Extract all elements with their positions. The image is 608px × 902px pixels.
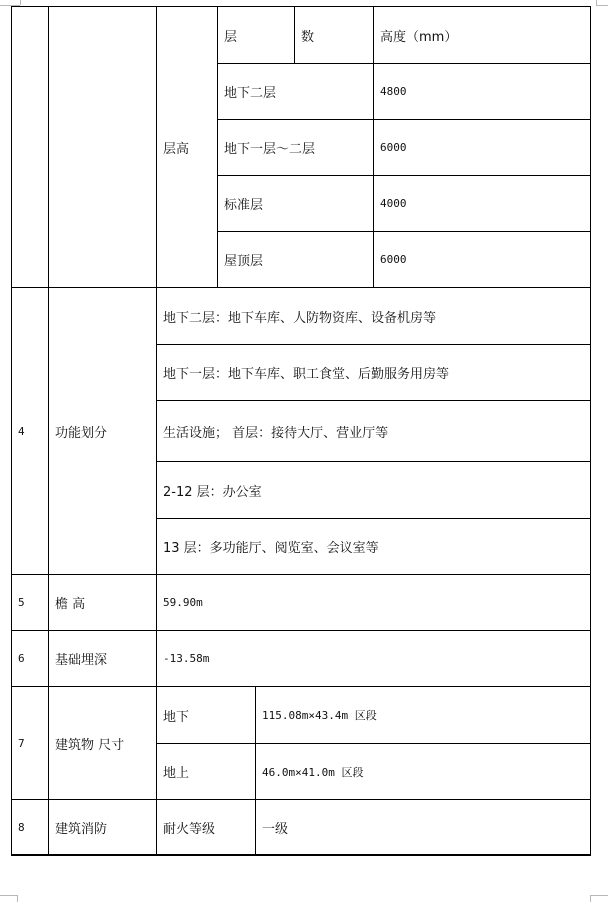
floor-height-label: 层高 — [157, 7, 217, 287]
sub-label: 耐火等级 — [157, 800, 255, 854]
item-name: 建筑物 尺寸 — [49, 687, 156, 799]
item-name: 基础埋深 — [49, 631, 156, 686]
dimension-value: 46.0m×41.0m 区段 — [256, 744, 590, 799]
function-row: 地下二层：地下车库、人防物资库、设备机房等 — [157, 288, 590, 344]
dimension-value: 115.08m×43.4m 区段 — [256, 687, 590, 743]
item-name: 功能划分 — [49, 288, 156, 574]
header-height: 高度（mm） — [374, 7, 590, 63]
eave-height-value: 59.90m — [157, 575, 590, 630]
foundation-depth-value: -13.58m — [157, 631, 590, 686]
item-number: 8 — [12, 800, 48, 854]
page-corner-mark-bottom-left — [0, 895, 18, 902]
page-corner-mark-bottom-right — [590, 895, 608, 902]
table-border-bottom — [11, 854, 591, 856]
floor-height-value: 4800 — [374, 64, 590, 119]
floor-height-value: 6000 — [374, 120, 590, 175]
function-row: 2-12 层：办公室 — [157, 462, 590, 518]
floor-height-value: 6000 — [374, 232, 590, 287]
item-number: 6 — [12, 631, 48, 686]
floor-name: 屋顶层 — [218, 232, 373, 287]
function-row: 地下一层：地下车库、职工食堂、后勤服务用房等 — [157, 345, 590, 400]
header-floor: 层 — [218, 7, 294, 63]
item-number: 7 — [12, 687, 48, 799]
sub-label: 地下 — [157, 687, 255, 743]
function-row: 13 层：多功能厅、阅览室、会议室等 — [157, 519, 590, 574]
table-border-right — [590, 6, 591, 856]
page-corner-mark-top-left-v — [20, 0, 21, 5]
function-row: 生活设施； 首层：接待大厅、营业厅等 — [157, 401, 590, 461]
page-corner-mark-top-right — [596, 0, 608, 6]
fire-rating-value: 一级 — [256, 800, 590, 854]
floor-name: 地下一层～二层 — [218, 120, 373, 175]
floor-height-value: 4000 — [374, 176, 590, 231]
floor-name: 标准层 — [218, 176, 373, 231]
floor-name: 地下二层 — [218, 64, 373, 119]
item-name: 檐 高 — [49, 575, 156, 630]
item-name: 建筑消防 — [49, 800, 156, 854]
sub-label: 地上 — [157, 744, 255, 799]
item-number: 4 — [12, 288, 48, 574]
header-count: 数 — [295, 7, 373, 63]
item-number: 5 — [12, 575, 48, 630]
